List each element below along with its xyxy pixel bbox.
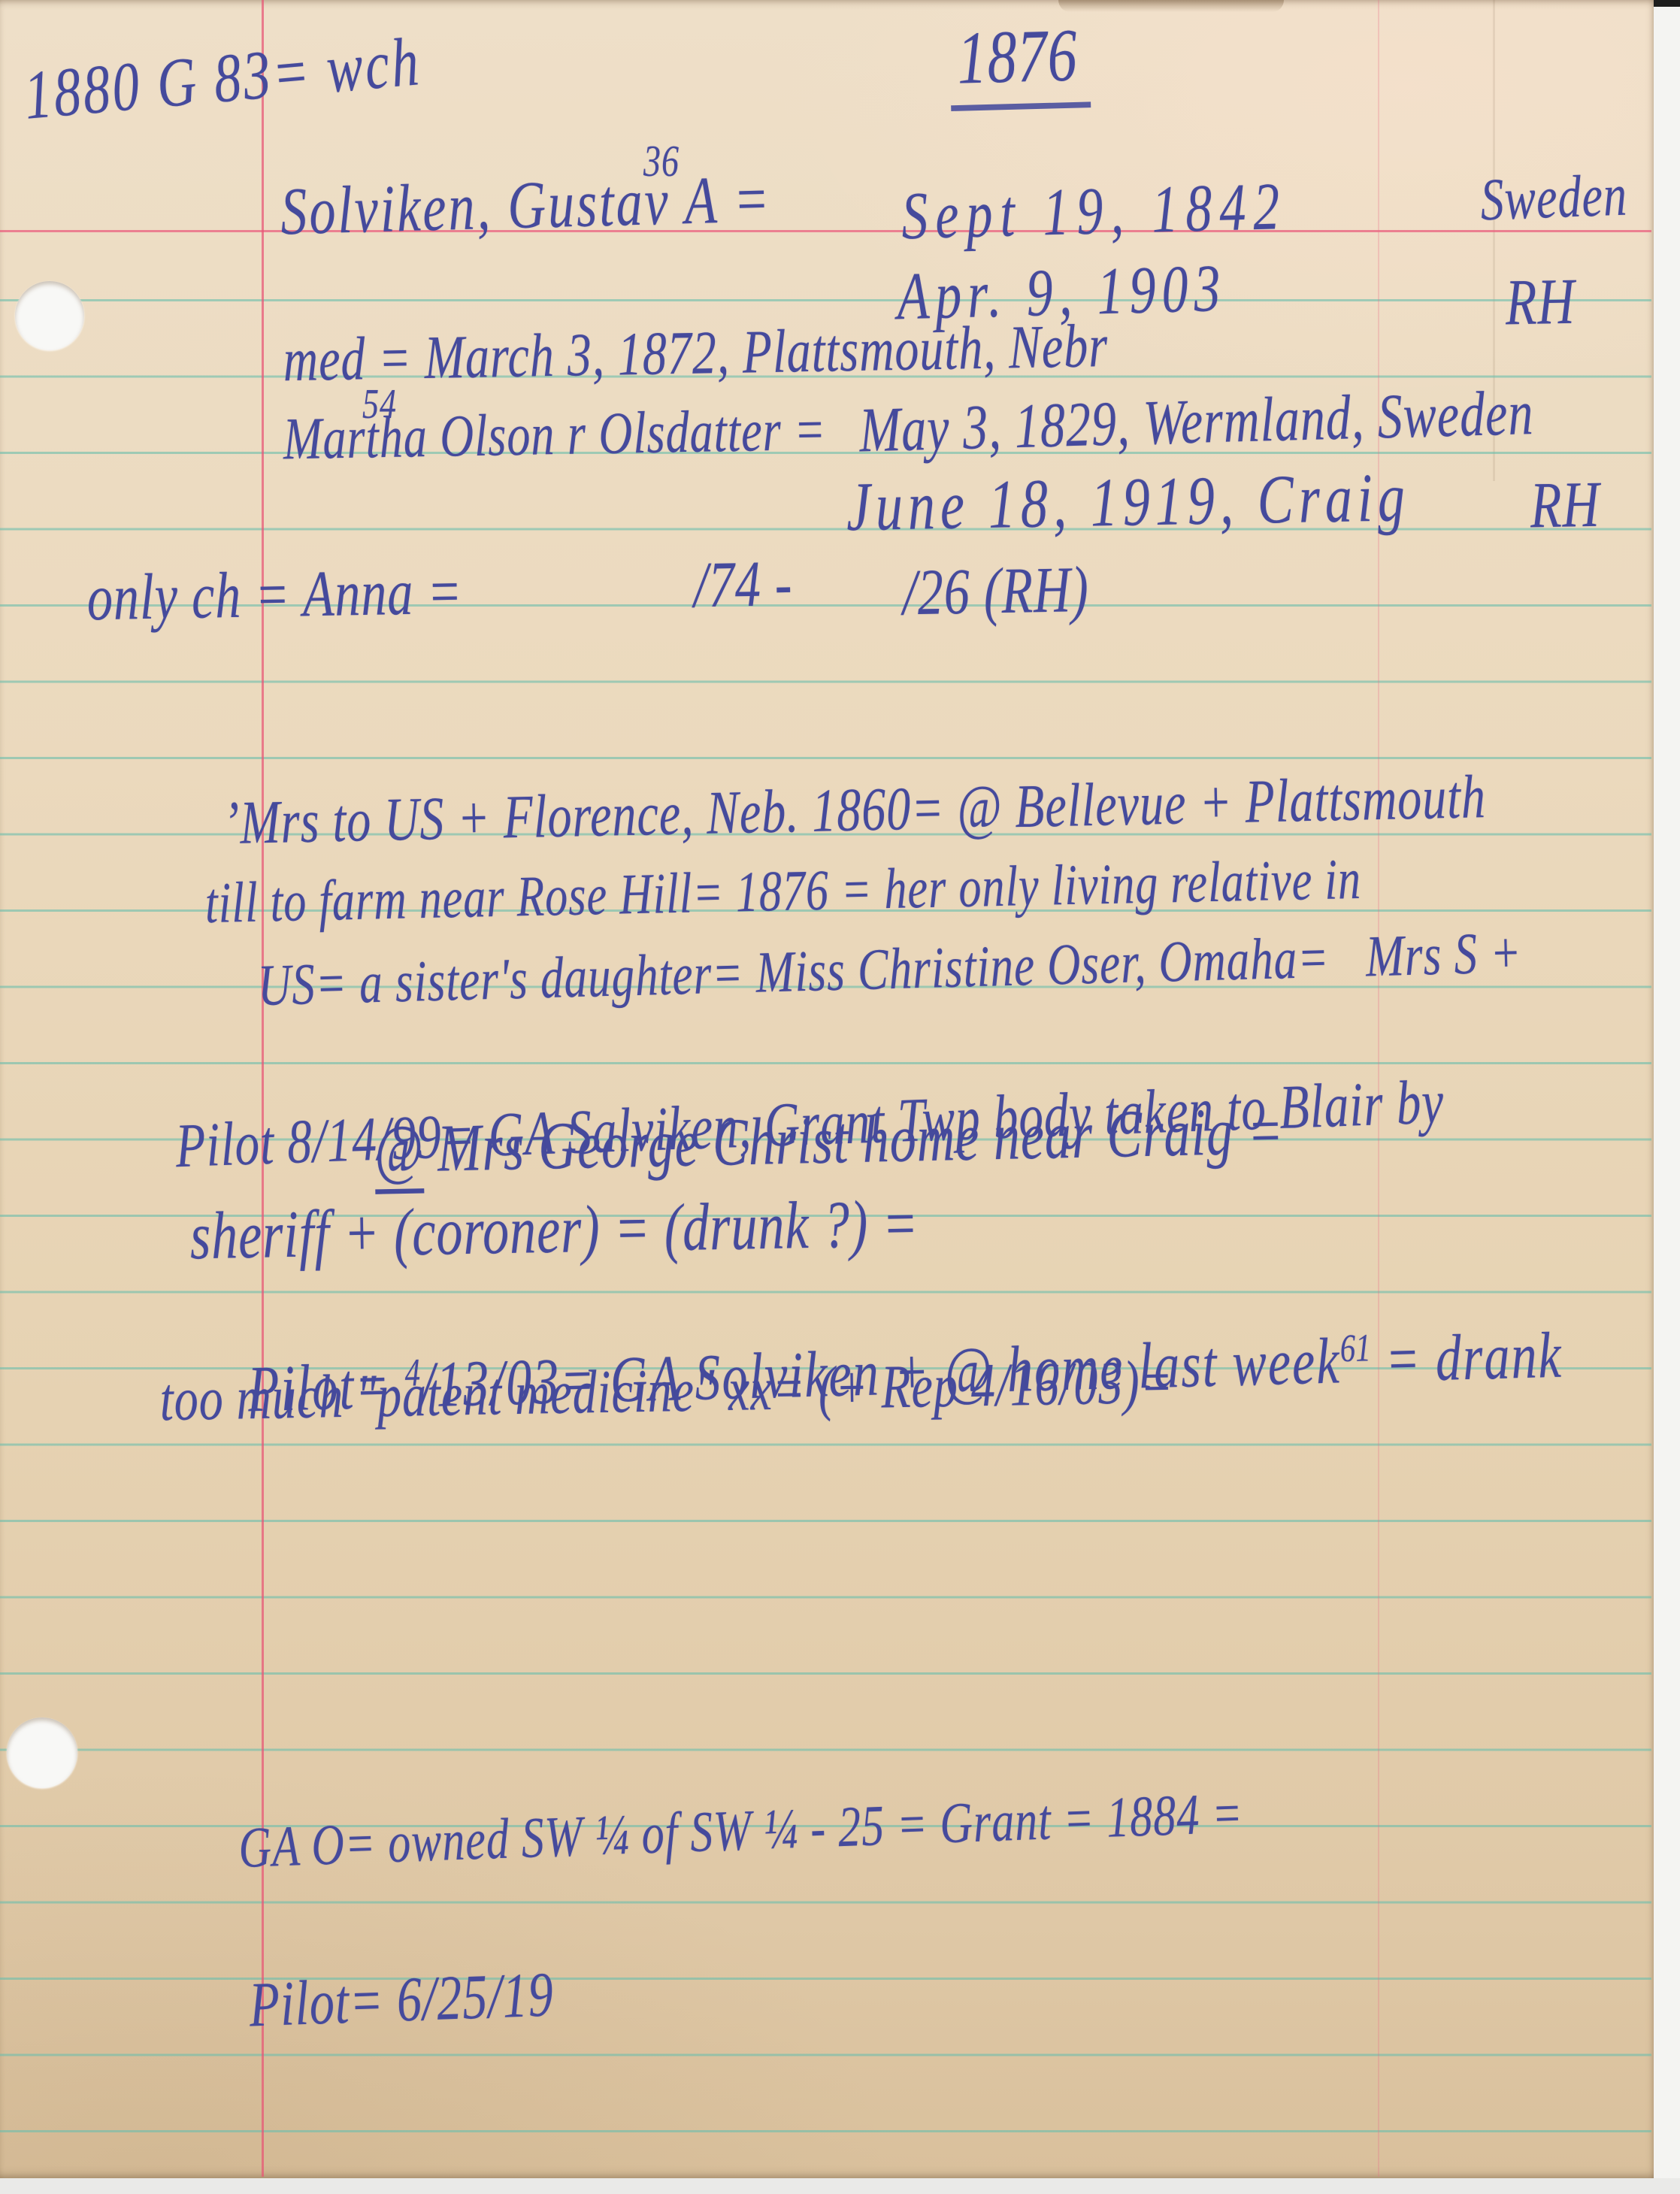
year-heading: 1876 [949, 11, 1091, 111]
note-line-3: US= a sister's daughter= Miss Christine … [257, 920, 1523, 1021]
note-line-2: till to farm near Rose Hill= 1876 = her … [204, 846, 1362, 937]
record-name: Solviken, Gustav A = [280, 162, 772, 251]
land-note: GA O= owned SW ¼ of SW ¼ - 25 = Grant = … [238, 1780, 1244, 1881]
record-birth-date: Sept 19, 1842 [901, 169, 1288, 256]
superscript-61: 61 [1339, 1326, 1371, 1370]
scanned-ledger-page: 1876 1880 G 83= wch Solviken, Gustav A =… [0, 0, 1680, 2194]
child-birth: /74 - [693, 546, 793, 623]
record-death-source: RH [1505, 263, 1576, 340]
spouse-birth: May 3, 1829, Wermland, Sweden [858, 377, 1535, 468]
child-line: only ch = Anna = [86, 553, 463, 636]
ledger-paper: 1876 1880 G 83= wch Solviken, Gustav A =… [0, 0, 1654, 2178]
spouse-name: Martha Olson r Olsdatter = [283, 396, 827, 474]
record-name-superscript: 36 [643, 135, 680, 186]
torn-top-edge [1058, 0, 1284, 12]
header-rule-line [0, 230, 1651, 232]
note-line-7-suffix: = drank [1370, 1318, 1563, 1397]
spouse-death: June 18, 1919, Craig [846, 458, 1411, 547]
scanner-background-right [1651, 0, 1680, 2194]
spouse-death-source: RH [1530, 466, 1600, 543]
census-margin-note: 1880 G 83= wch [21, 22, 424, 136]
citation-note: Pilot= 6/25/19 [248, 1959, 555, 2042]
record-marriage: med = March 3, 1872, Plattsmouth, Nebr [283, 310, 1109, 396]
child-death: /26 (RH) [902, 552, 1090, 631]
record-birth-place: Sweden [1479, 162, 1628, 235]
scanner-background-bottom [0, 2178, 1680, 2194]
note-line-1: ʼMrs to US + Florence, Neb. 1860= @ Bell… [222, 761, 1487, 859]
hole-punch-bottom [7, 1717, 77, 1788]
hole-punch-top [15, 281, 84, 350]
